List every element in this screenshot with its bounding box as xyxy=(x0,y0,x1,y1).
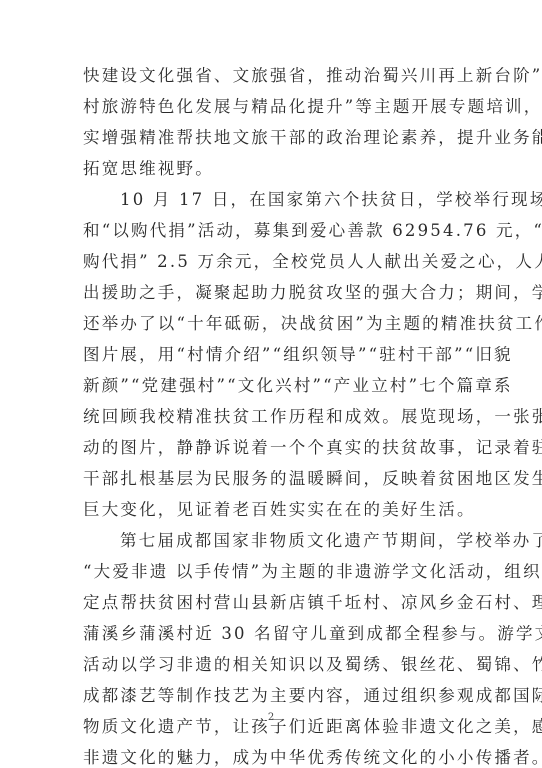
paragraph-1-line-4: 拓宽思维视野。 xyxy=(83,159,463,179)
paragraph-3-line-8: 非遗文化的魅力，成为中华优秀传统文化的小小传播者。 xyxy=(83,748,463,768)
paragraph-2-line-3: 购代捐” 2.5 万余元，全校党员人人献出关爱之心，人人伸 xyxy=(83,252,463,272)
paragraph-3-line-1: 第七届成都国家非物质文化遗产节期间，学校举办了以 xyxy=(120,531,463,551)
paragraph-1-line-1: 快建设文化强省、文旅强省，推动治蜀兴川再上新台阶”“乡 xyxy=(83,66,463,86)
paragraph-2-line-8: 统回顾我校精准扶贫工作历程和成效。展览现场，一张张生 xyxy=(83,407,463,427)
paragraph-3-line-3: 定点帮扶贫困村营山县新店镇千坵村、凉风乡金石村、理县 xyxy=(83,593,463,613)
paragraph-2-line-7: 新颜”“党建强村”“文化兴村”“产业立村”七个篇章系 xyxy=(83,376,463,396)
paragraph-2-line-10: 干部扎根基层为民服务的温暖瞬间，反映着贫困地区发生的 xyxy=(83,469,463,489)
paragraph-2-line-1: 10 月 17 日，在国家第六个扶贫日，学校举行现场募捐 xyxy=(120,190,463,210)
paragraph-3-line-5: 活动以学习非遗的相关知识以及蜀绣、银丝花、蜀锦、竹编、 xyxy=(83,655,463,675)
paragraph-3-line-4: 蒲溪乡蒲溪村近 30 名留守儿童到成都全程参与。游学文化 xyxy=(83,624,463,644)
paragraph-1-line-2: 村旅游特色化发展与精品化提升”等主题开展专题培训，切 xyxy=(83,97,463,117)
paragraph-2-line-5: 还举办了以“十年砥砺，决战贫困”为主题的精准扶贫工作 xyxy=(83,314,463,334)
paragraph-3-line-2: “大爱非遗 以手传情”为主题的非遗游学文化活动，组织 xyxy=(83,562,463,582)
paragraph-2-line-9: 动的图片，静静诉说着一个个真实的扶贫故事，记录着驻村 xyxy=(83,438,463,458)
page-number: 2 xyxy=(0,712,542,723)
paragraph-2-line-2: 和“以购代捐”活动，募集到爱心善款 62954.76 元，“以 xyxy=(83,221,463,241)
paragraph-3-line-6: 成都漆艺等制作技艺为主要内容，通过组织参观成都国际非 xyxy=(83,686,463,706)
paragraph-2-line-11: 巨大变化，见证着老百姓实实在在的美好生活。 xyxy=(83,500,463,520)
document-page: 快建设文化强省、文旅强省，推动治蜀兴川再上新台阶”“乡 村旅游特色化发展与精品化… xyxy=(0,0,542,768)
paragraph-2-line-4: 出援助之手，凝聚起助力脱贫攻坚的强大合力；期间，学校 xyxy=(83,283,463,303)
paragraph-2-line-6: 图片展，用“村情介绍”“组织领导”“驻村干部”“旧貌 xyxy=(83,345,463,365)
paragraph-1-line-3: 实增强精准帮扶地文旅干部的政治理论素养，提升业务能力， xyxy=(83,128,463,148)
